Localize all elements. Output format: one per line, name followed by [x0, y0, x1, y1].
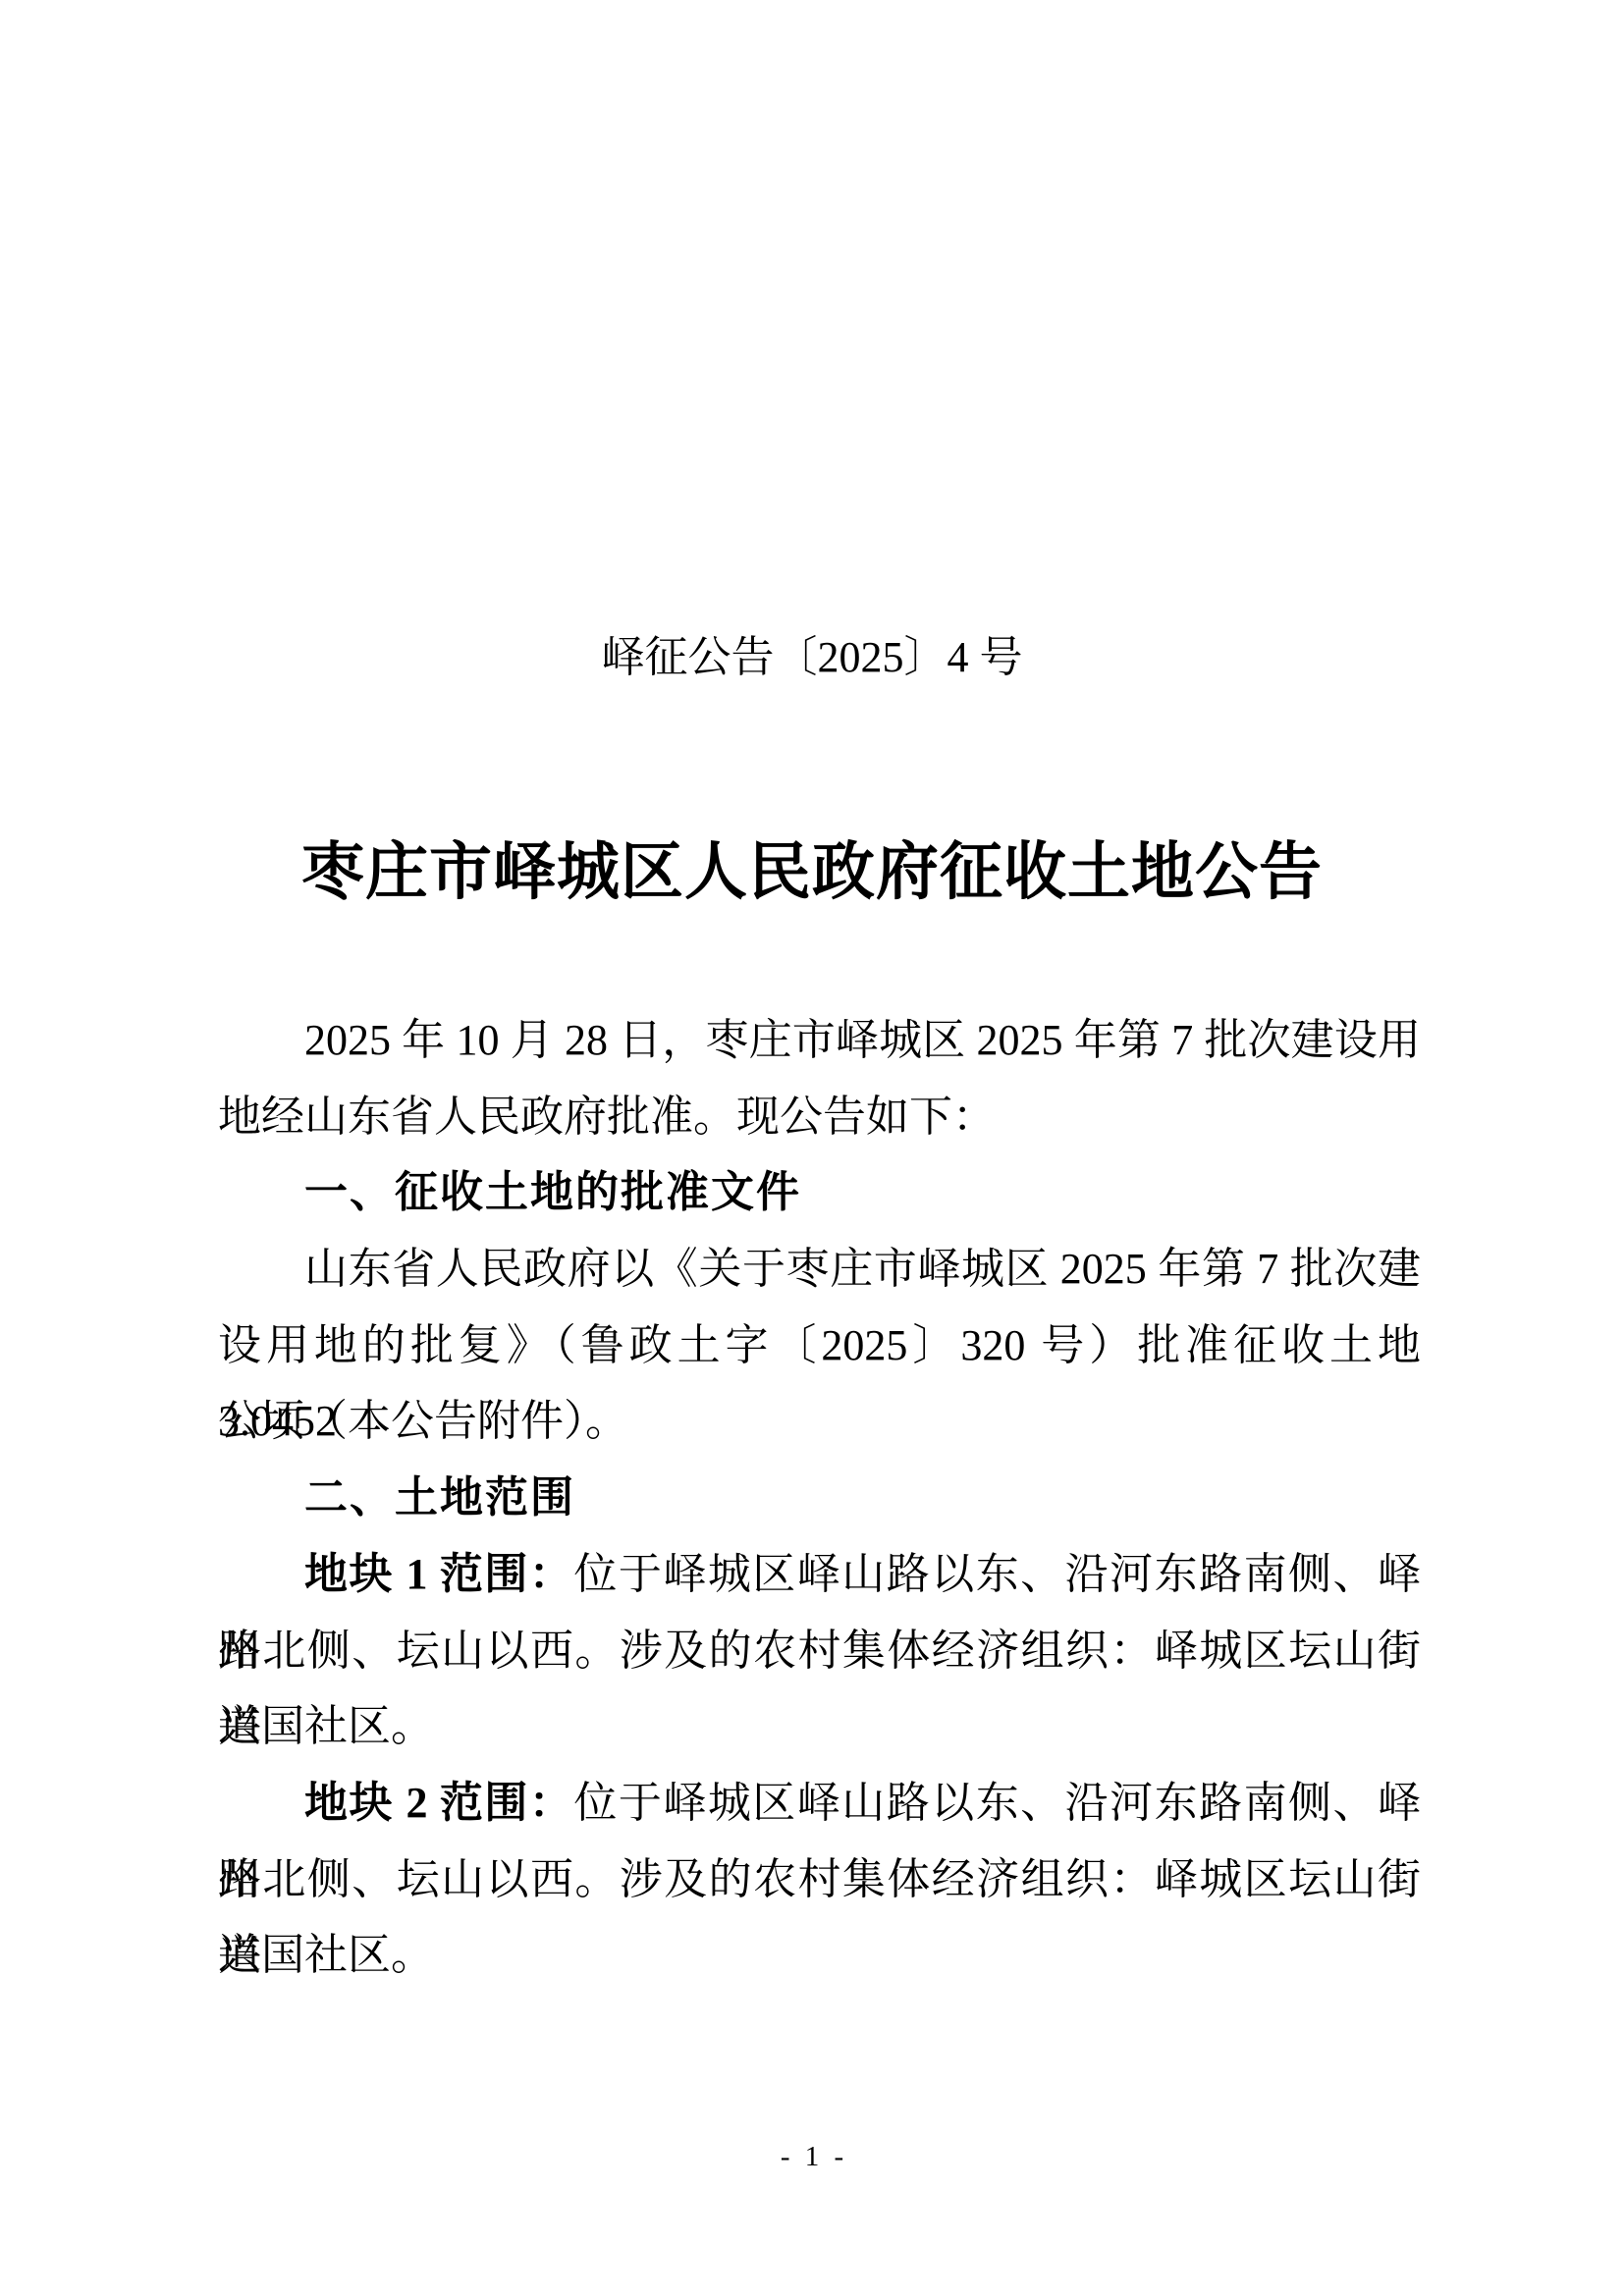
- intro-paragraph-line-1: 2025 年 10 月 28 日，枣庄市峄城区 2025 年第 7 批次建设用: [218, 1002, 1421, 1079]
- page-number: - 1 -: [0, 2140, 1624, 2173]
- plot2-paragraph-line-3: 兴国社区。: [218, 1917, 1421, 1994]
- section-heading-approval-document: 一、征收土地的批准文件: [218, 1154, 1421, 1231]
- page-title: 枣庄市峄城区人民政府征收土地公告: [0, 830, 1624, 915]
- plot1-range-label: 地块 1 范围：: [304, 1550, 573, 1598]
- document-page: 峄征公告〔2025〕4 号 枣庄市峄城区人民政府征收土地公告 2025 年 10…: [0, 0, 1624, 2296]
- section-heading-land-scope: 二、土地范围: [218, 1460, 1421, 1536]
- document-body: 2025 年 10 月 28 日，枣庄市峄城区 2025 年第 7 批次建设用 …: [218, 1002, 1421, 1994]
- approval-paragraph-line-1: 山东省人民政府以《关于枣庄市峄城区 2025 年第 7 批次建: [218, 1231, 1421, 1308]
- plot1-paragraph-line-2: 路北侧、坛山以西。涉及的农村集体经济组织：峄城区坛山街道: [218, 1613, 1421, 1689]
- intro-paragraph-line-2: 地经山东省人民政府批准。现公告如下：: [218, 1079, 1421, 1155]
- approval-paragraph-line-2: 设用地的批复》（鲁政土字〔2025〕320 号）批准征收土地 3.0452: [218, 1308, 1421, 1384]
- plot2-range-label: 地块 2 范围：: [304, 1779, 573, 1827]
- plot2-paragraph-line-2: 路北侧、坛山以西。涉及的农村集体经济组织：峄城区坛山街道: [218, 1842, 1421, 1918]
- plot2-paragraph-line-1: 地块 2 范围：位于峄城区峄山路以东、沿河东路南侧、峄州: [218, 1765, 1421, 1842]
- approval-paragraph-line-3: 公顷（本公告附件）。: [218, 1383, 1421, 1460]
- plot1-paragraph-line-3: 兴国社区。: [218, 1688, 1421, 1765]
- plot1-paragraph-line-1: 地块 1 范围：位于峄城区峄山路以东、沿河东路南侧、峄州: [218, 1536, 1421, 1613]
- document-number: 峄征公告〔2025〕4 号: [0, 628, 1624, 687]
